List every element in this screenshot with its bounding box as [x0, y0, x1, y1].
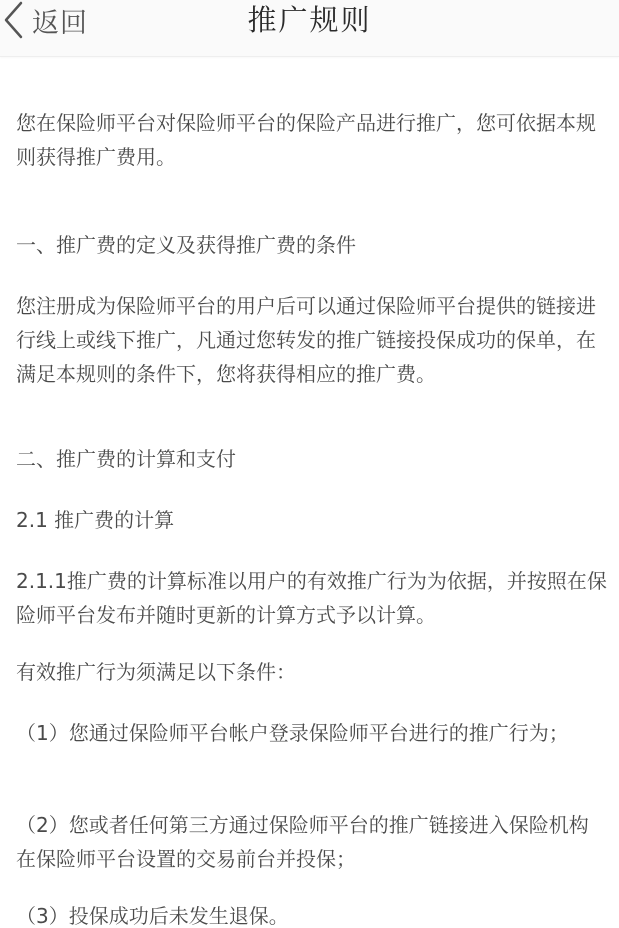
section-2-1-heading: 2.1 推广费的计算 [16, 503, 608, 537]
page-title: 推广规则 [0, 0, 619, 40]
condition-item-2: （2）您或者任何第三方通过保险师平台的推广链接进入保险机构在保险师平台设置的交易… [16, 808, 608, 876]
condition-item-1: （1）您通过保险师平台帐户登录保险师平台进行的推广行为； [16, 716, 608, 750]
intro-paragraph: 您在保险师平台对保险师平台的保险产品进行推广，您可依据本规则获得推广费用。 [16, 106, 608, 174]
navigation-bar: 返回 推广规则 [0, 0, 619, 57]
section-2-heading: 二、推广费的计算和支付 [16, 442, 608, 476]
section-1-body: 您注册成为保险师平台的用户后可以通过保险师平台提供的链接进行线上或线下推广，凡通… [16, 289, 608, 391]
section-1-heading: 一、推广费的定义及获得推广费的条件 [16, 228, 608, 262]
section-2-1-1-paragraph: 2.1.1推广费的计算标准以用户的有效推广行为为依据，并按照在保险师平台发布并随… [16, 564, 608, 632]
condition-item-3: （3）投保成功后未发生退保。 [16, 899, 608, 928]
conditions-intro: 有效推广行为须满足以下条件： [16, 655, 608, 689]
